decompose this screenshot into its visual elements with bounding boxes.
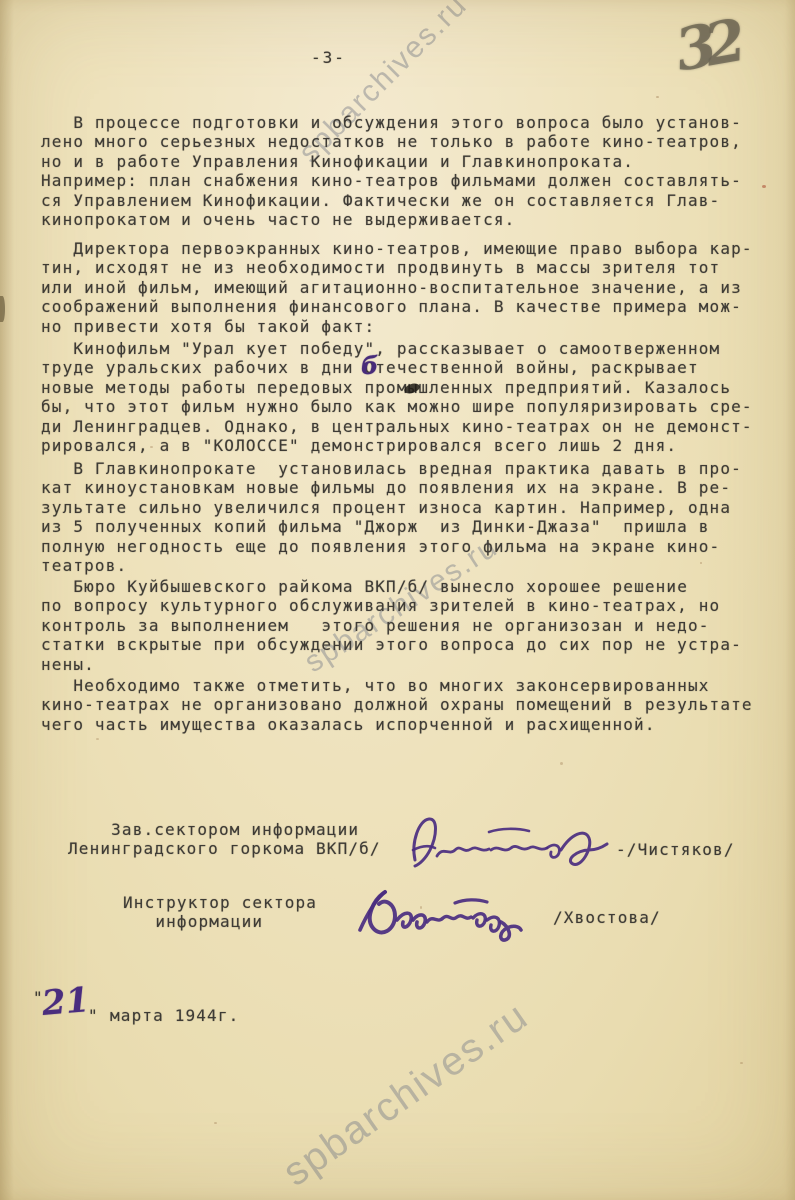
watermark: spbarchives.ru: [275, 993, 537, 1195]
paper-speck: [560, 762, 563, 765]
ink-correction: б: [361, 351, 378, 380]
document-page: spbarchives.ru spbarchives.ru spbarchive…: [0, 0, 795, 1200]
paragraph: Директора первоэкранных кино-театров, им…: [41, 239, 767, 336]
signer1-transcript: -/Чистяков/: [616, 840, 735, 859]
date-text: марта 1944г.: [110, 1006, 239, 1025]
signer1-title: Зав.сектором информации Ленинградского г…: [68, 820, 381, 859]
signer2-transcript: /Хвостова/: [553, 908, 661, 927]
handwritten-day: 21: [40, 980, 91, 1024]
signature-khvostova-ink: [355, 886, 525, 943]
paper-speck: [740, 1062, 743, 1064]
signer2-title: Инструктор сектора информации: [123, 893, 317, 932]
signature-chistyakov-ink: [405, 812, 615, 872]
paper-speck: [96, 738, 99, 740]
page-number: -3-: [311, 48, 346, 67]
paragraph: В Главкинопрокате установилась вредная п…: [41, 459, 767, 575]
scan-edge-mark: [0, 296, 5, 322]
pencil-folio-number: 32: [671, 7, 741, 84]
paragraph: Бюро Куйбышевского райкома ВКП/б/ вынесл…: [41, 577, 767, 674]
paper-speck: [656, 96, 659, 98]
paragraph: Необходимо также отметить, что во многих…: [41, 676, 767, 734]
paragraph: В процессе подготовки и обсуждения этого…: [41, 113, 767, 229]
paper-speck: [214, 1122, 217, 1124]
paragraph: Кинофильм "Урал кует победу", рассказыва…: [41, 339, 767, 455]
